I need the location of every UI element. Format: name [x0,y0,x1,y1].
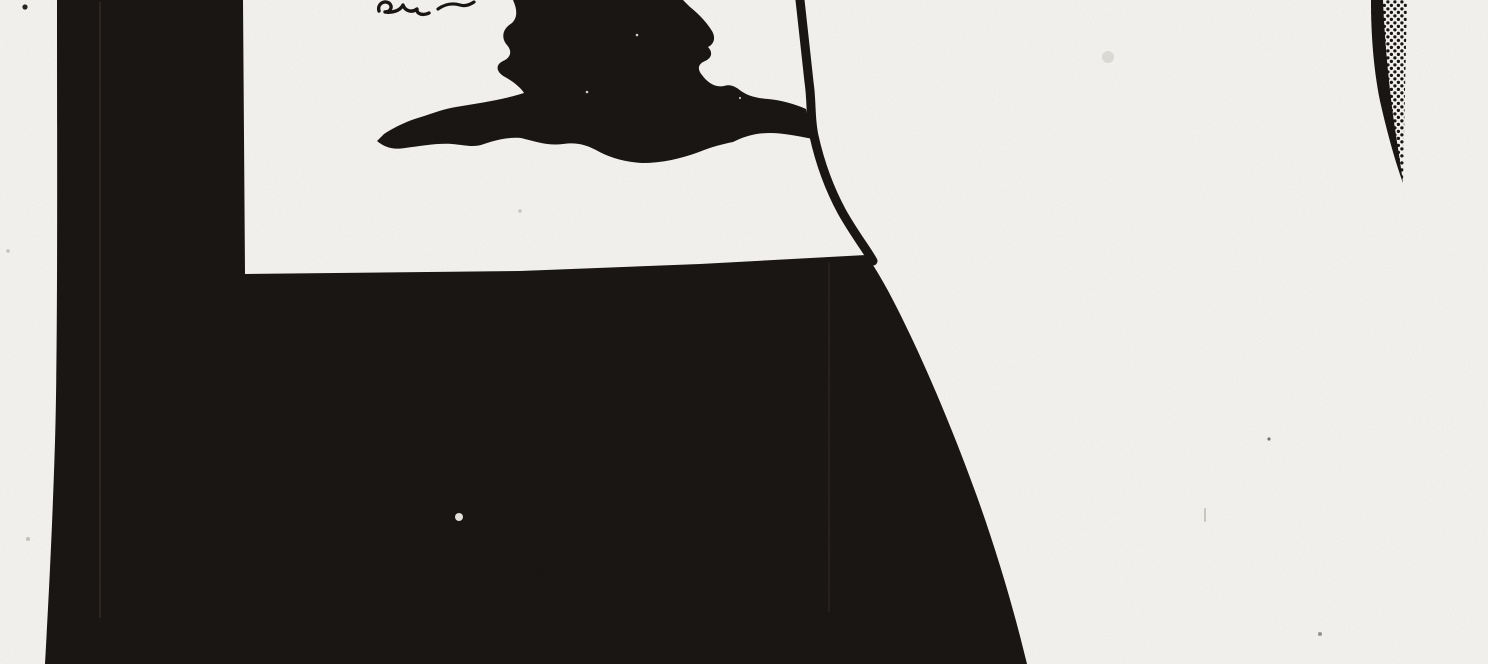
scanned-illustration-page [0,0,1488,664]
scan-grain-texture [0,0,1488,664]
